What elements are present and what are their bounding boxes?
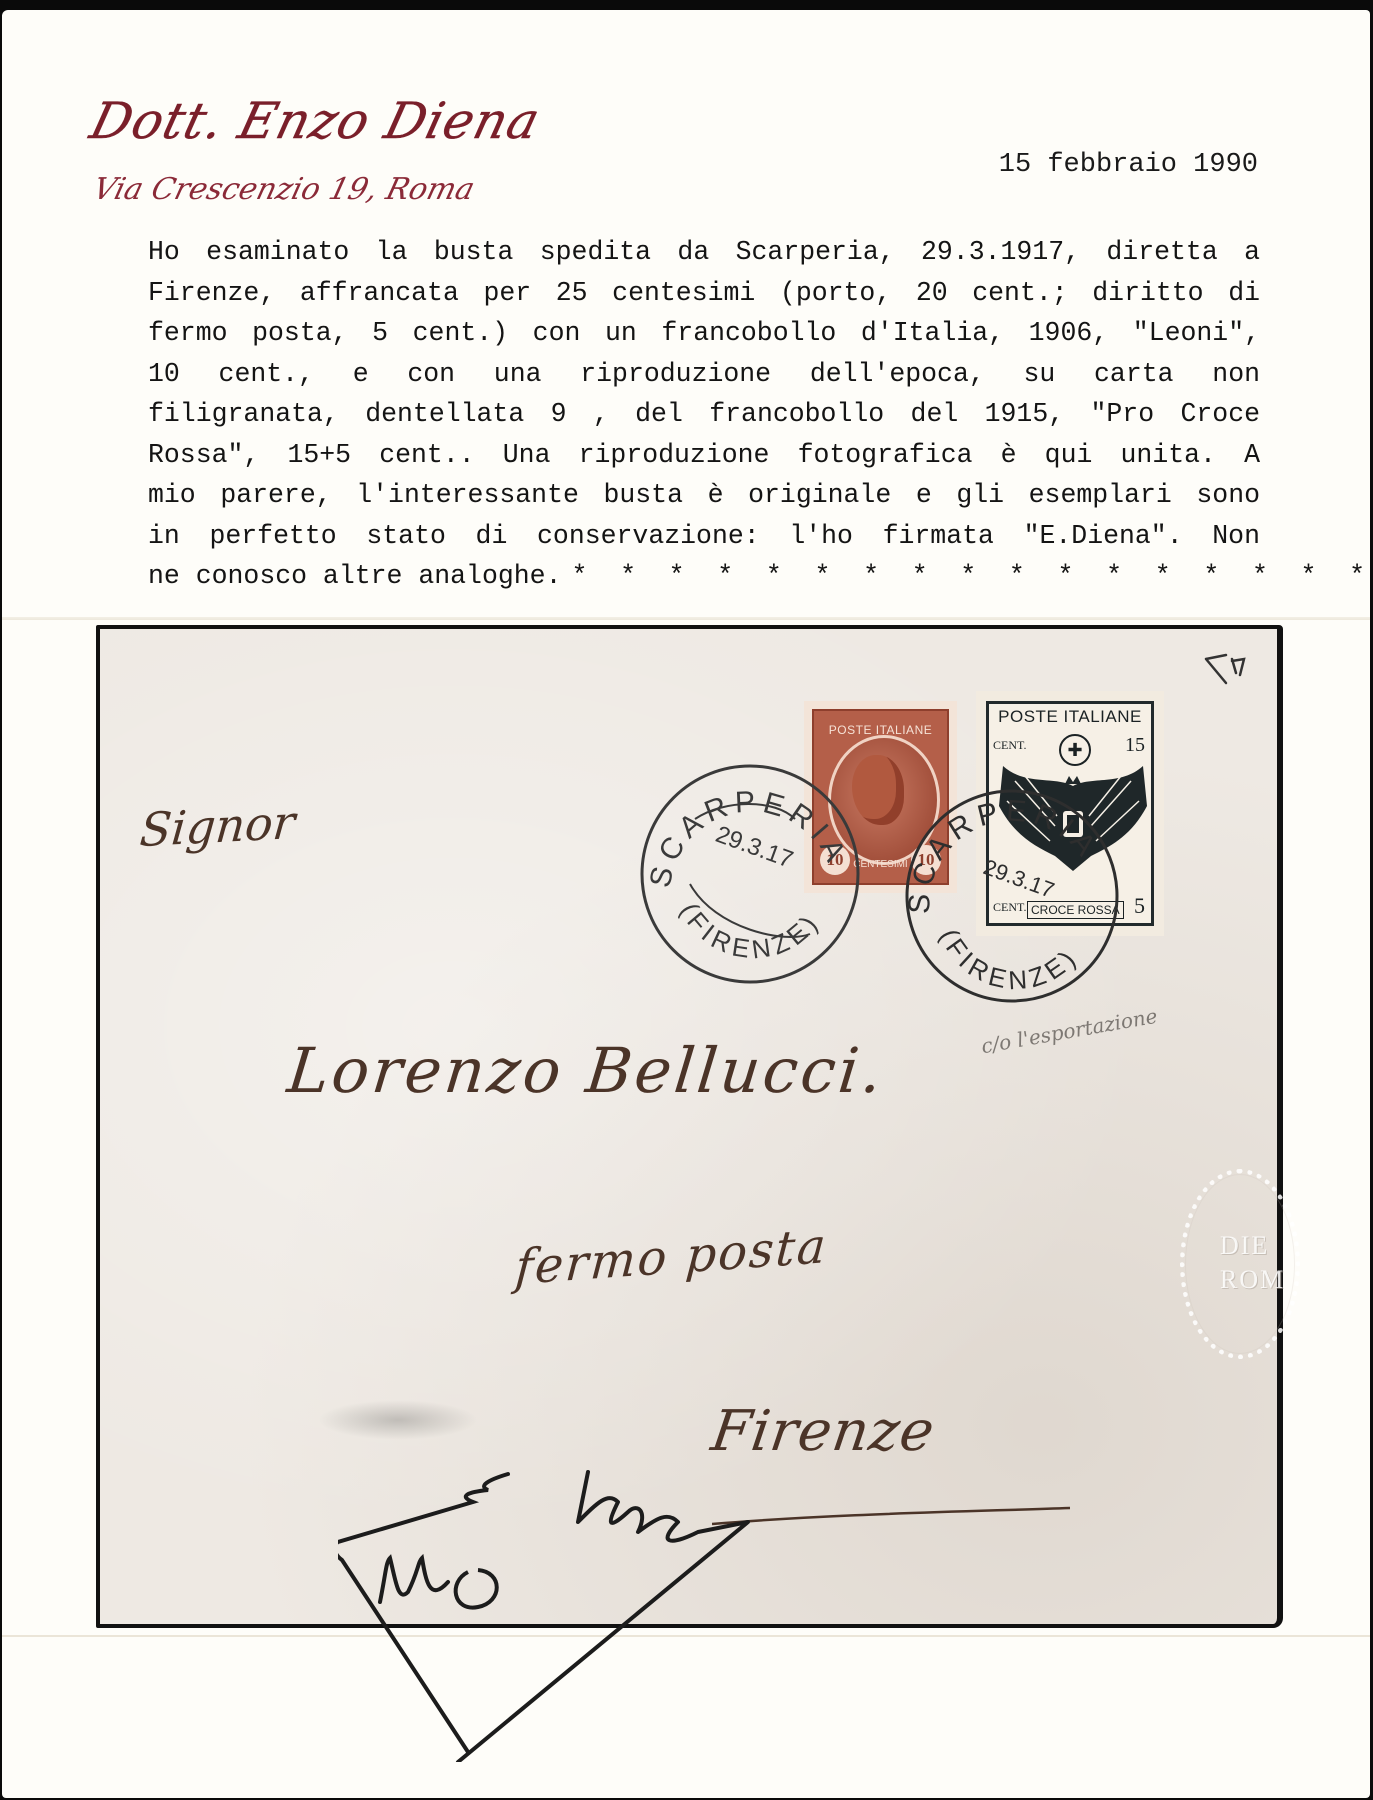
postmark-province: (FIRENZE) [674, 898, 826, 965]
star-row: * * * * * * * * * * * * * * * * * * * [571, 561, 1373, 591]
pencil-note: c/o l'esportazione [979, 1004, 1159, 1059]
postmark-date: 29.3.17 [712, 821, 796, 874]
body-line: in perfetto stato di conservazione: l'ho… [148, 516, 1260, 557]
stamp-title: POSTE ITALIANE [814, 723, 947, 737]
body-line: Rossa", 15+5 cent.. Una riproduzione fot… [148, 435, 1260, 476]
fold-line [2, 617, 1370, 620]
postmark-date: 29.3.17 [980, 854, 1058, 903]
body-line-last: ne conosco altre analoghe.* * * * * * * … [148, 556, 1260, 597]
corner-mark-icon [1202, 649, 1262, 689]
emboss-line: ROM [1220, 1263, 1285, 1297]
body-line: 10 cent., e con una riproduzione dell'ep… [148, 354, 1260, 395]
certificate-date: 15 febbraio 1990 [999, 150, 1258, 180]
ink-smudge [318, 1400, 478, 1440]
letterhead-name: Dott. Enzo Diena [85, 92, 546, 150]
postmark: SCARPERIA (FIRENZE) 29.3.17 [900, 784, 1125, 1009]
body-line: Ho esaminato la busta spedita da Scarper… [148, 232, 1260, 273]
stamp-value: 15 [1125, 734, 1145, 757]
letterhead-address: Via Crescenzio 19, Roma [90, 172, 478, 207]
expert-signature [338, 1462, 978, 1762]
red-cross-icon: ✚ [1059, 734, 1091, 766]
body-line: fermo posta, 5 cent.) con un francobollo… [148, 313, 1260, 354]
stamp-title: POSTE ITALIANE [989, 707, 1151, 727]
address-service: fermo posta [513, 1218, 829, 1296]
body-line: mio parere, l'interessante busta è origi… [148, 475, 1260, 516]
embossed-seal-text: DIE ROM [1220, 1229, 1285, 1297]
postmark: SCARPERIA (FIRENZE) 29.3.17 [635, 759, 865, 989]
body-line: filigranata, dentellata 9 , del francobo… [148, 394, 1260, 435]
emboss-line: DIE [1220, 1229, 1285, 1263]
stamp-cent-label: CENT. [993, 738, 1026, 753]
svg-text:(FIRENZE): (FIRENZE) [674, 898, 826, 965]
address-salutation: Signor [138, 795, 298, 857]
certificate-body: Ho esaminato la busta spedita da Scarper… [148, 232, 1260, 597]
address-recipient: Lorenzo Bellucci. [284, 1034, 888, 1107]
body-line: Firenze, affrancata per 25 centesimi (po… [148, 273, 1260, 314]
stamp-value: 5 [1134, 893, 1145, 919]
address-city: Firenze [707, 1399, 939, 1464]
body-line: ne conosco altre analoghe. [148, 561, 561, 591]
